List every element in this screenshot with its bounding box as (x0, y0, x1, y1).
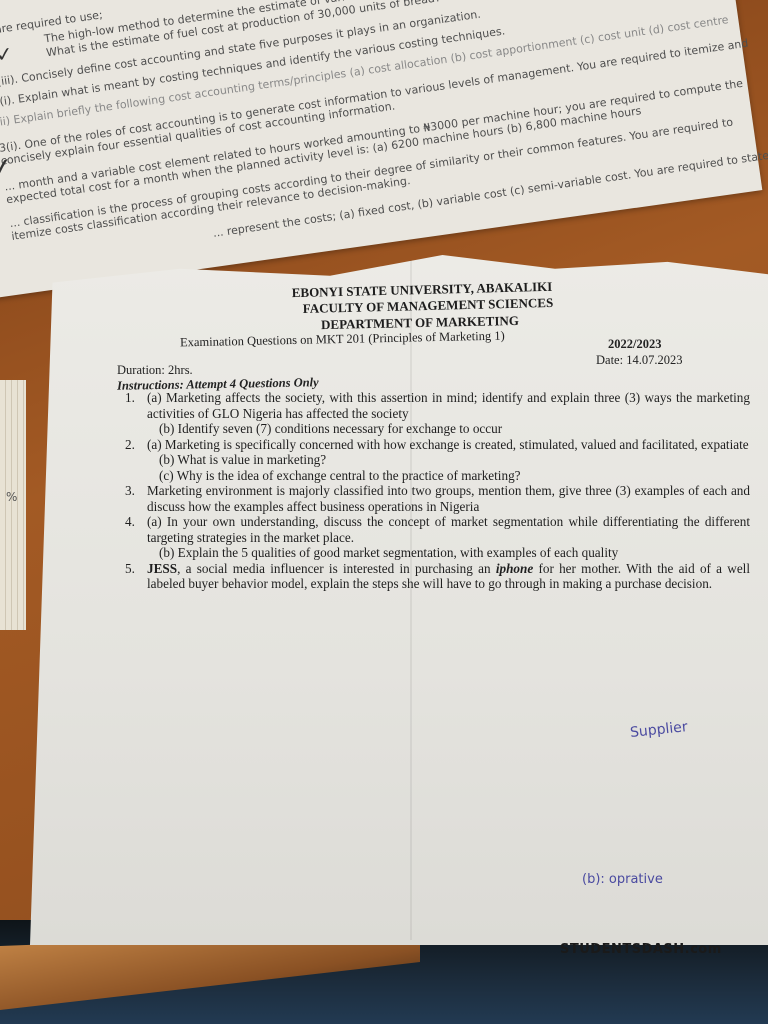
question-part: (c) Why is the idea of exchange central … (147, 468, 750, 484)
question-item: iphone (496, 561, 533, 576)
question-part: (b) Identify seven (7) conditions necess… (147, 421, 750, 437)
handwritten-note: (b): oprative (582, 872, 663, 887)
question-part: (b) What is value in marketing? (147, 452, 750, 468)
exam-duration: Duration: 2hrs. (117, 363, 193, 378)
question-5: 5. JESS, a social media influencer is in… (125, 561, 750, 592)
question-number: 3. (125, 483, 135, 499)
paper-fold (410, 260, 412, 940)
question-number: 4. (125, 514, 135, 530)
question-part: (a) Marketing is specifically concerned … (147, 437, 750, 453)
side-stack-mark: % (6, 490, 17, 504)
question-4: 4. (a) In your own understanding, discus… (125, 514, 750, 561)
question-number: 5. (125, 561, 135, 577)
question-1: 1. (a) Marketing affects the society, wi… (125, 390, 750, 437)
question-part: (b) Explain the 5 qualities of good mark… (147, 545, 750, 561)
exam-date: Date: 14.07.2023 (596, 353, 682, 368)
question-list: 1. (a) Marketing affects the society, wi… (125, 390, 750, 592)
question-number: 2. (125, 437, 135, 453)
question-subject: JESS (147, 561, 177, 576)
question-text: , a social media influencer is intereste… (177, 561, 496, 576)
checkmark-icon: ✓ (0, 41, 14, 67)
academic-session: 2022/2023 (608, 337, 661, 352)
question-2: 2. (a) Marketing is specifically concern… (125, 437, 750, 484)
question-part: (a) Marketing affects the society, with … (147, 390, 750, 421)
question-part: Marketing environment is majorly classif… (147, 483, 750, 514)
watermark: STUDENTSDASH.com (560, 942, 722, 957)
question-part: (a) In your own understanding, discuss t… (147, 514, 750, 545)
question-part: JESS, a social media influencer is inter… (147, 561, 750, 592)
question-number: 1. (125, 390, 135, 406)
question-3: 3. Marketing environment is majorly clas… (125, 483, 750, 514)
side-paper-stack (0, 380, 26, 630)
